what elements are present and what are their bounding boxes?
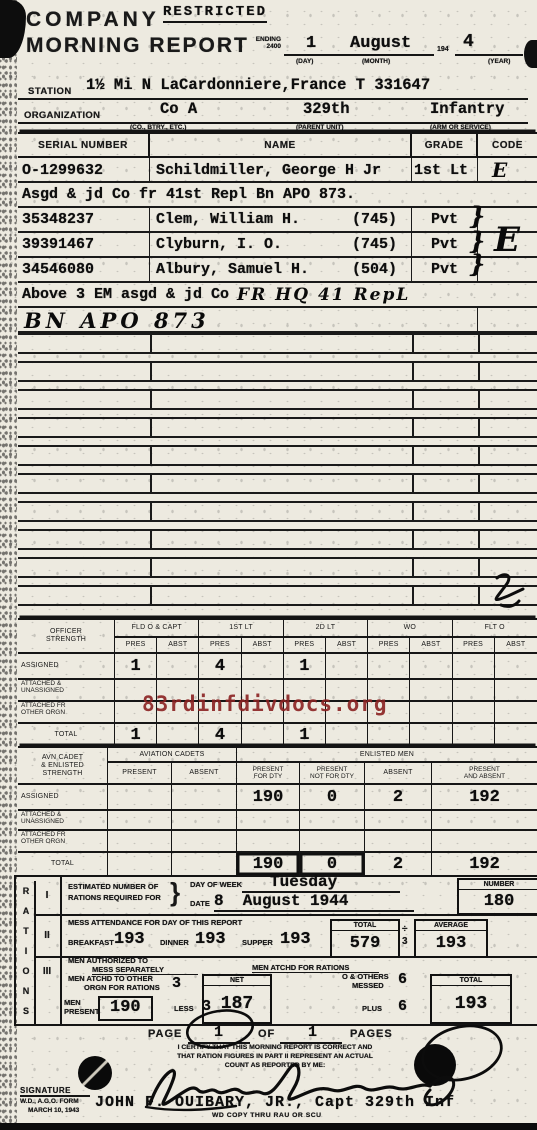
group-aviation-cadets: AVIATION CADETS [108, 748, 237, 763]
officer-assigned-val: 1 [115, 654, 157, 680]
group-2d-lt: 2D LT [284, 620, 368, 638]
col-present-for-duty: PRESENTFOR DTY [237, 763, 300, 785]
abst-header: ABST [326, 638, 368, 654]
number-value: 180 [459, 890, 537, 913]
divide-sign: ÷ [402, 924, 408, 935]
number-box: NUMBER 180 [457, 878, 537, 915]
year-prefix: 194 [437, 46, 449, 53]
supper-value: 193 [280, 930, 311, 949]
officer-total-val: 1 [115, 724, 157, 748]
enlisted-total-val [108, 853, 172, 877]
grade-value: Pvt } [412, 208, 478, 231]
col-present-not-for-duty: PRESENTNOT FOR DTY [300, 763, 365, 785]
grade-value: Pvt } [412, 258, 478, 281]
group-wo: WO [368, 620, 452, 638]
enlisted-attfr-val [237, 831, 300, 853]
plus-label: PLUS [362, 1004, 382, 1013]
mess-separately-label1: MEN AUTHORIZED TO [68, 956, 148, 965]
month-sublabel: (MONTH) [362, 58, 390, 65]
station-label: STATION [28, 86, 72, 97]
enlisted-strength-corner: AVN CADET& ENLISTEDSTRENGTH [18, 748, 108, 785]
enlisted-att-val [300, 811, 365, 831]
station-value: 1½ Mi N LaCardonniere,France T 331647 [86, 76, 430, 94]
grade-cell [412, 308, 478, 333]
total-label: TOTAL [432, 976, 510, 986]
enlisted-total-val: 192 [432, 853, 537, 877]
enlisted-strength-table: AVN CADET& ENLISTEDSTRENGTH AVIATION CAD… [18, 746, 537, 877]
divide-by: 3 [402, 936, 408, 947]
rations-numeral-col: I II III [34, 877, 62, 1024]
abst-header: ABST [242, 638, 284, 654]
officer-total-val [242, 724, 284, 748]
dinner-label: DINNER [160, 938, 189, 947]
enlisted-attfr-val [300, 831, 365, 853]
code-cell [478, 258, 537, 281]
row-attached-fr-other-label: ATTACHED FROTHER ORGN [18, 831, 108, 853]
enlisted-att-val [432, 811, 537, 831]
form-print-line2: MARCH 10, 1943 [28, 1107, 79, 1114]
officer-total-val [495, 724, 537, 748]
pres-header: PRES [368, 638, 410, 654]
rations-sec2: MESS ATTENDANCE FOR DAY OF THIS REPORT B… [62, 916, 537, 958]
row-attached-unassigned-label: ATTACHED &UNASSIGNED [18, 811, 108, 831]
officer-total-val [157, 724, 199, 748]
enlisted-att-val [237, 811, 300, 831]
rations-section: R A T I O N S I II III ESTIMATED NUMBER … [14, 875, 537, 1026]
col-name: NAME [150, 134, 412, 156]
printed-brace: } [170, 877, 180, 908]
row-attached-unassigned-label: ATTACHED &UNASSIGNED [18, 680, 115, 702]
of-label: OF [258, 1028, 275, 1040]
enlisted-att-val [108, 811, 172, 831]
organization-label: ORGANIZATION [24, 110, 100, 121]
enlisted-assigned-val: 0 [300, 785, 365, 811]
atchd-other-label1: MEN ATCHD TO OTHER [68, 974, 153, 983]
officer-strength-table: OFFICERSTRENGTH FLD O & CAPT 1ST LT 2D L… [18, 618, 537, 748]
group-1st-lt: 1ST LT [199, 620, 283, 638]
rations-required-label: RATIONS REQUIRED FOR [68, 893, 161, 902]
less-value: 3 [202, 998, 211, 1015]
others-messed-label1: O & OTHERS [342, 972, 389, 981]
empty-roster-row [18, 557, 537, 585]
atchd-other-value: 3 [172, 975, 181, 992]
punch-hole-right [414, 1044, 456, 1086]
pages-num: 1 [308, 1024, 317, 1041]
empty-roster-row [18, 417, 537, 445]
form-print-line1: W.D., A.G.O. FORM [20, 1098, 79, 1105]
empty-roster-row [18, 445, 537, 473]
officer-total-val [453, 724, 495, 748]
col-absent: ABSENT [172, 763, 237, 785]
group-enlisted-men: ENLISTED MEN [237, 748, 537, 763]
officer-assigned-val [157, 654, 199, 680]
grade-value: 1st Lt [412, 158, 478, 182]
col-serial-number: SERIAL NUMBER [18, 134, 150, 156]
day-sublabel: (DAY) [296, 58, 313, 65]
serial-value: 39391467 [18, 233, 150, 256]
section-i: I [34, 877, 60, 916]
roster-table: SERIAL NUMBER NAME GRADE CODE O-1299632 … [18, 132, 537, 613]
serial-value: 34546080 [18, 258, 150, 281]
group-code-handwritten: E [494, 220, 520, 260]
officer-assigned-val [326, 654, 368, 680]
enlisted-att-val [365, 811, 432, 831]
restricted-stamp: RESTRICTED [163, 4, 267, 23]
roster-row-6-note: Above 3 EM asgd & jd Co FR HQ 41 RepL [18, 283, 537, 308]
remarks-mixed: Above 3 EM asgd & jd Co FR HQ 41 RepL [18, 283, 537, 306]
roster-row-5: 34546080 Albury, Samuel H.(504) Pvt } [18, 258, 537, 283]
roster-row-3: 35348237 Clem, William H.(745) Pvt } [18, 208, 537, 233]
grade-value: Pvt } [412, 233, 478, 256]
enlisted-assigned-val: 190 [237, 785, 300, 811]
watermark: 83rdinfdivdocs.org [142, 692, 388, 716]
rations-total-value: 193 [432, 986, 510, 1022]
officer-total-val [326, 724, 368, 748]
plus-value: 6 [398, 998, 407, 1015]
officer-assigned-val [242, 654, 284, 680]
enlisted-attfr-val [432, 831, 537, 853]
total-label: TOTAL [332, 921, 398, 931]
scan-bottom-bar [0, 1123, 537, 1130]
org-unit-sublabel: (CO., BTRY., ETC.) [130, 124, 186, 131]
average-label: AVERAGE [416, 921, 486, 931]
year-value: 4 [463, 32, 474, 52]
rations-total-box: TOTAL 193 [430, 974, 512, 1024]
breakfast-value: 193 [114, 930, 145, 949]
ending-label: ENDING2400 [247, 36, 281, 50]
pres-header: PRES [199, 638, 241, 654]
less-label: LESS [174, 1004, 194, 1013]
empty-roster-row [18, 501, 537, 529]
name-value: Schildmiller, George H Jr [150, 158, 412, 182]
enlisted-attfr-val [365, 831, 432, 853]
name-value: Clyburn, I. O.(745) [150, 233, 412, 256]
officer-att-val [453, 680, 495, 702]
empty-roster-row [18, 389, 537, 417]
group-flt-o: FLT O [453, 620, 537, 638]
officer-assigned-val [410, 654, 452, 680]
code-cell [478, 308, 537, 333]
org-unit-value: Co A [160, 100, 197, 118]
empty-roster-row [18, 585, 537, 613]
enlisted-assigned-val: 192 [432, 785, 537, 811]
officer-attfr-val [495, 702, 537, 724]
empty-roster-row [18, 529, 537, 557]
serial-value: 35348237 [18, 208, 150, 231]
name-value: Albury, Samuel H.(504) [150, 258, 412, 281]
rations-sec1: ESTIMATED NUMBER OF RATIONS REQUIRED FOR… [62, 877, 537, 916]
org-parent-sublabel: (PARENT UNIT) [296, 124, 344, 131]
station-field: STATION 1½ Mi N LaCardonniere,France T 3… [18, 74, 528, 100]
day-of-week-value: Tuesday [242, 873, 400, 893]
mess-total-value: 579 [332, 931, 398, 956]
copy-note: WD COPY THRU RAU OR SCU [212, 1112, 322, 1119]
serial-value: O-1299632 [18, 158, 150, 182]
code-value-handwritten: E [478, 158, 537, 182]
average-box: AVERAGE 193 [414, 919, 488, 958]
rations-date-value: 8 August 1944 [214, 892, 414, 912]
page-label: PAGE [148, 1028, 182, 1040]
day-of-week-label: DAY OF WEEK [190, 880, 242, 889]
signature-label: SIGNATURE [20, 1086, 90, 1097]
certification-text: I CERTIFY THAT THIS MORNING REPORT IS CO… [135, 1043, 415, 1070]
col-absent-em: ABSENT [365, 763, 432, 785]
officer-assigned-val [453, 654, 495, 680]
officer-total-val: 1 [284, 724, 326, 748]
group-fldo-capt: FLD O & CAPT [115, 620, 199, 638]
officer-attfr-val [453, 702, 495, 724]
others-messed-value: 6 [398, 971, 407, 988]
atchd-other-label2: ORGN FOR RATIONS [84, 983, 160, 992]
officer-strength-corner: OFFICERSTRENGTH [18, 620, 115, 654]
officer-att-val [410, 680, 452, 702]
date-day-value: 1 [306, 34, 316, 53]
enlisted-attfr-val [108, 831, 172, 853]
officer-att-val [495, 680, 537, 702]
scan-corner-blob [0, 0, 26, 58]
mess-attendance-label: MESS ATTENDANCE FOR DAY OF THIS REPORT [68, 918, 242, 927]
officer-attfr-val [410, 702, 452, 724]
supper-label: SUPPER [242, 938, 273, 947]
date-label: DATE [190, 899, 210, 908]
roster-header-row: SERIAL NUMBER NAME GRADE CODE [18, 132, 537, 158]
roster-row-1: O-1299632 Schildmiller, George H Jr 1st … [18, 158, 537, 183]
pres-header: PRES [284, 638, 326, 654]
abst-header: ABST [410, 638, 452, 654]
est-number-label: ESTIMATED NUMBER OF [68, 882, 158, 891]
net-value: 187 [204, 986, 270, 1022]
pages-label: PAGES [350, 1028, 393, 1040]
roster-row-4: 39391467 Clyburn, I. O.(745) Pvt } [18, 233, 537, 258]
remarks-handwritten: BN APO 873 [18, 308, 412, 333]
name-value: Clem, William H.(745) [150, 208, 412, 231]
org-arm-value: Infantry [430, 100, 504, 118]
row-total-label: TOTAL [18, 853, 108, 877]
report-title-line2: MORNING REPORT [26, 34, 249, 58]
remarks-handwritten: FR HQ 41 RepL [237, 285, 410, 305]
enlisted-assigned-val [172, 785, 237, 811]
net-label: NET [204, 976, 270, 986]
officer-assigned-val: 4 [199, 654, 241, 680]
col-present-and-absent: PRESENTAND ABSENT [432, 763, 537, 785]
date-month-value: August [350, 34, 411, 53]
row-assigned-label: ASSIGNED [18, 785, 108, 811]
empty-roster-row [18, 473, 537, 501]
pres-header: PRES [453, 638, 495, 654]
row-attached-fr-other-label: ATTACHED FROTHER ORGN [18, 702, 115, 724]
morning-report-scan: RESTRICTED COMPANY MORNING REPORT ENDING… [0, 0, 537, 1130]
col-code: CODE [478, 134, 537, 156]
officer-assigned-val: 1 [284, 654, 326, 680]
col-present: PRESENT [108, 763, 172, 785]
enlisted-attfr-val [172, 831, 237, 853]
average-value: 193 [416, 931, 486, 956]
abst-header: ABST [157, 638, 199, 654]
report-title-line1: COMPANY [26, 8, 160, 32]
scan-edge-blob [524, 40, 537, 68]
officer-assigned-val [495, 654, 537, 680]
enlisted-att-val [172, 811, 237, 831]
typed-name-line: JOHN F. OUIBARY, JR., Capt 329th Inf [95, 1094, 455, 1111]
remarks-value: Asgd & jd Co fr 41st Repl Bn APO 873. [18, 183, 537, 206]
net-box: NET 187 [202, 974, 272, 1024]
empty-roster-row [18, 333, 537, 361]
year-field: 4 [455, 30, 523, 56]
dinner-value: 193 [195, 930, 226, 949]
enlisted-assigned-val [108, 785, 172, 811]
section-ii: II [34, 916, 60, 958]
men-present-value: 190 [98, 996, 153, 1021]
enlisted-assigned-val: 2 [365, 785, 432, 811]
rations-sec3: MEN AUTHORIZED TO MESS SEPARATELY MEN AT… [62, 958, 537, 1024]
number-label: NUMBER [459, 880, 537, 890]
page-number-line: PAGE 1 OF 1 PAGES [148, 1024, 448, 1044]
empty-roster-row [18, 361, 537, 389]
officer-assigned-val [368, 654, 410, 680]
officer-total-val [368, 724, 410, 748]
org-parent-value: 329th [303, 100, 350, 118]
organization-field: ORGANIZATION Co A 329th Infantry [18, 99, 528, 124]
punch-hole-left [78, 1056, 112, 1090]
date-field: 1 August [284, 32, 434, 56]
roster-row-2-note: Asgd & jd Co fr 41st Repl Bn APO 873. [18, 183, 537, 208]
org-arm-sublabel: (ARM OR SERVICE) [430, 124, 491, 131]
pres-header: PRES [115, 638, 157, 654]
officer-total-val: 4 [199, 724, 241, 748]
roster-row-7-note: BN APO 873 [18, 308, 537, 333]
men-present-label2: PRESENT [64, 1007, 99, 1016]
officer-total-val [410, 724, 452, 748]
others-messed-label2: MESSED [352, 981, 384, 990]
section-iii: III [34, 958, 60, 978]
row-total-label: TOTAL [18, 724, 115, 748]
enlisted-total-val [172, 853, 237, 877]
abst-header: ABST [495, 638, 537, 654]
row-assigned-label: ASSIGNED [18, 654, 115, 680]
col-grade: GRADE [412, 134, 478, 156]
page-num: 1 [214, 1024, 223, 1041]
year-sublabel: (YEAR) [488, 58, 510, 65]
breakfast-label: BREAKFAST [68, 938, 114, 947]
men-present-label1: MEN [64, 998, 81, 1007]
mess-total-box: TOTAL 579 [330, 919, 400, 958]
